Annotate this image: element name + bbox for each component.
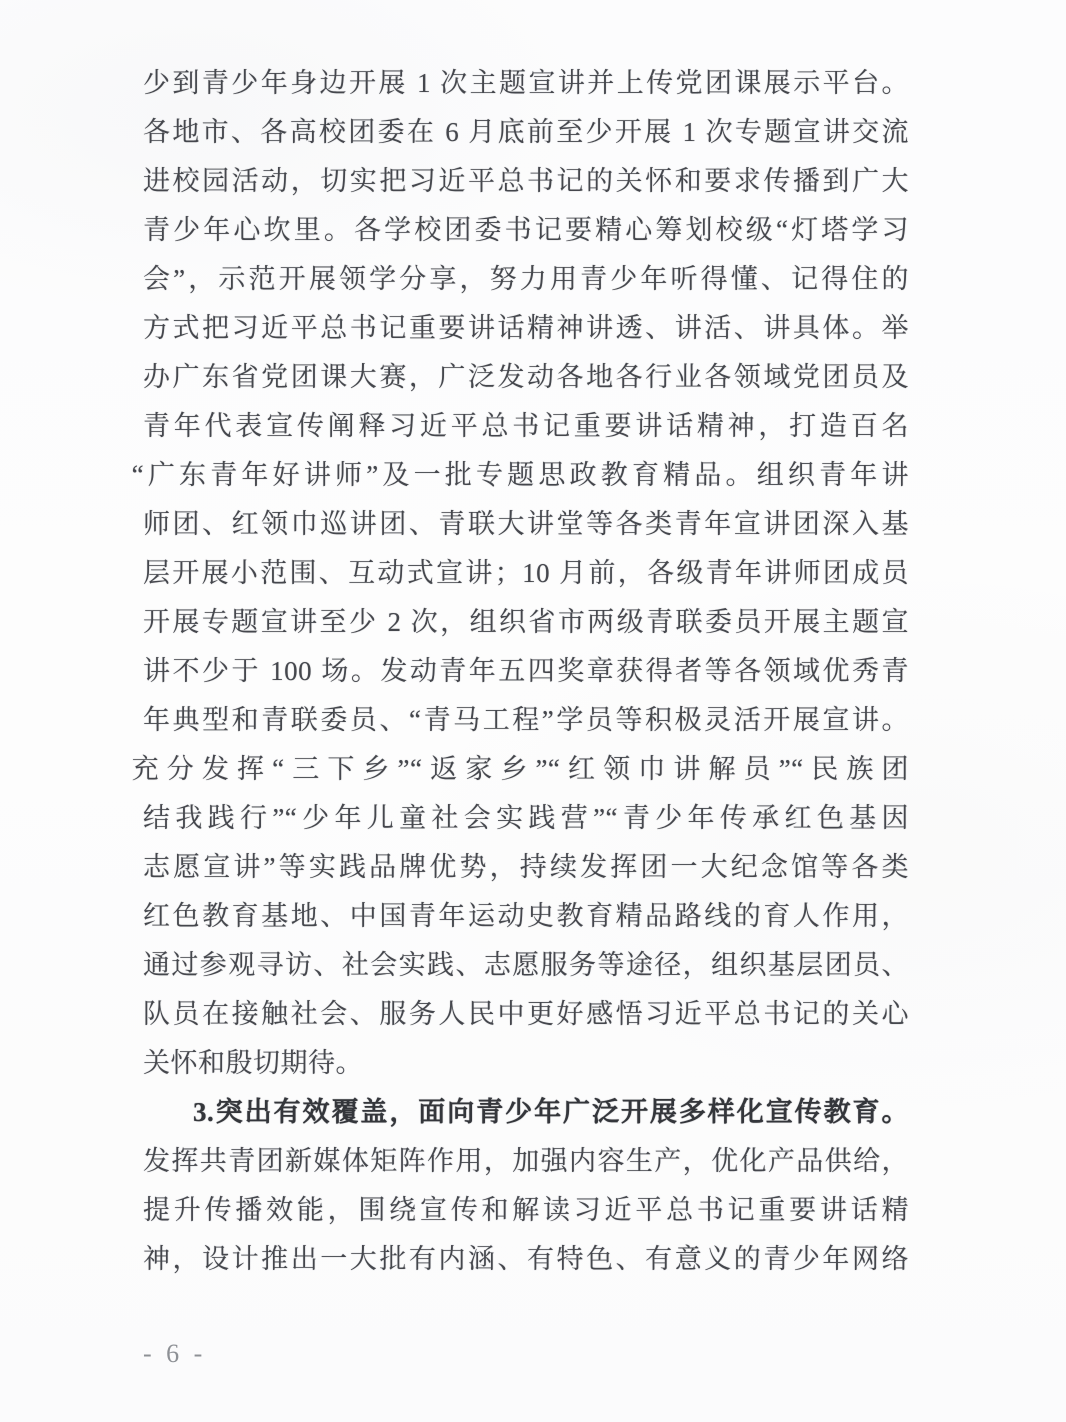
text-line: 进校园活动，切实把习近平总书记的关怀和要求传播到广大 (143, 157, 909, 206)
text-line: 队员在接触社会、服务人民中更好感悟习近平总书记的关心 (143, 990, 909, 1039)
text-line: “广东青年好讲师”及一批专题思政教育精品。组织青年讲 (143, 451, 909, 500)
text-line: 发挥共青团新媒体矩阵作用，加强内容生产，优化产品供给， (143, 1137, 909, 1186)
text-line: 开展专题宣讲至少 2 次，组织省市两级青联委员开展主题宣 (143, 598, 909, 647)
text-line: 充分发挥“三下乡”“返家乡”“红领巾讲解员”“民族团 (143, 745, 909, 794)
text-line: 层开展小范围、互动式宣讲；10 月前，各级青年讲师团成员 (143, 549, 909, 598)
text-line: 青少年心坎里。各学校团委书记要精心筹划校级“灯塔学习 (143, 206, 909, 255)
text-line: 师团、红领巾巡讲团、青联大讲堂等各类青年宣讲团深入基 (143, 500, 909, 549)
text-line: 办广东省党团课大赛，广泛发动各地各行业各领域党团员及 (143, 353, 909, 402)
text-line: 提升传播效能，围绕宣传和解读习近平总书记重要讲话精 (143, 1186, 909, 1235)
body-text: 少到青少年身边开展 1 次主题宣讲并上传党团课展示平台。 各地市、各高校团委在 … (143, 59, 909, 1284)
text-line: 少到青少年身边开展 1 次主题宣讲并上传党团课展示平台。 (143, 59, 909, 108)
text-line: 青年代表宣传阐释习近平总书记重要讲话精神，打造百名 (143, 402, 909, 451)
text-line: 方式把习近平总书记重要讲话精神讲透、讲活、讲具体。举 (143, 304, 909, 353)
text-line: 红色教育基地、中国青年运动史教育精品路线的育人作用， (143, 892, 909, 941)
text-line: 结我践行”“少年儿童社会实践营”“青少年传承红色基因 (143, 794, 909, 843)
document-page: 少到青少年身边开展 1 次主题宣讲并上传党团课展示平台。 各地市、各高校团委在 … (0, 0, 1066, 1422)
page-number: - 6 - (143, 1336, 223, 1372)
text-line: 关怀和殷切期待。 (143, 1039, 909, 1088)
text-line: 通过参观寻访、社会实践、志愿服务等途径，组织基层团员、 (143, 941, 909, 990)
section-heading: 3.突出有效覆盖，面向青少年广泛开展多样化宣传教育。 (143, 1088, 909, 1137)
text-line: 志愿宣讲”等实践品牌优势，持续发挥团一大纪念馆等各类 (143, 843, 909, 892)
text-line: 讲不少于 100 场。发动青年五四奖章获得者等各领域优秀青 (143, 647, 909, 696)
text-line: 神，设计推出一大批有内涵、有特色、有意义的青少年网络 (143, 1235, 909, 1284)
text-line: 会”，示范开展领学分享，努力用青少年听得懂、记得住的 (143, 255, 909, 304)
text-line: 各地市、各高校团委在 6 月底前至少开展 1 次专题宣讲交流 (143, 108, 909, 157)
text-line: 年典型和青联委员、“青马工程”学员等积极灵活开展宣讲。 (143, 696, 909, 745)
